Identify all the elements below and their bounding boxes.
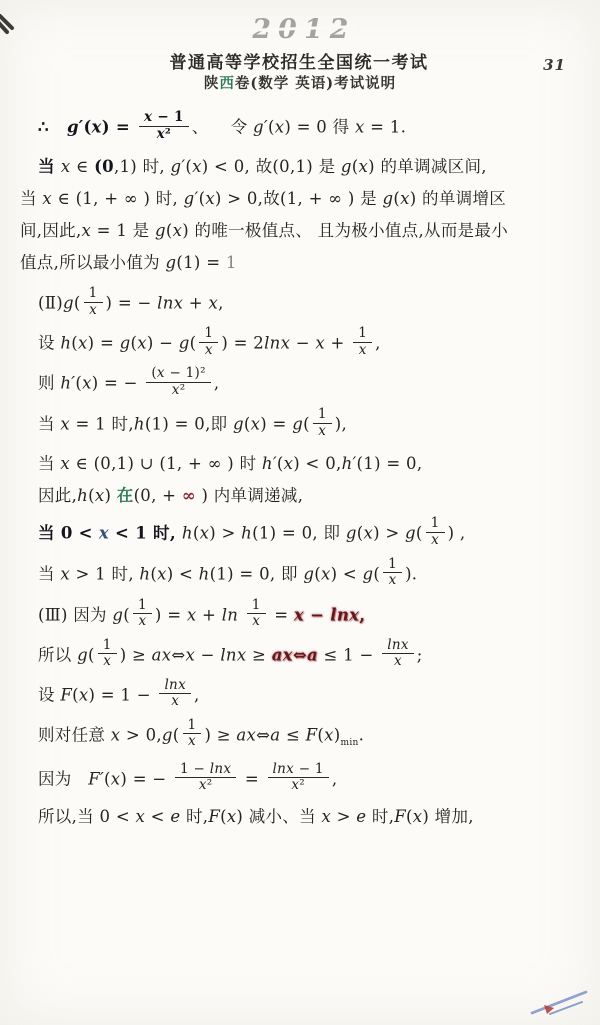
math-line: 因为 F′(x) = − 1 − lnxx² = lnx − 1x², [20,764,586,796]
math-line: 间,因此,x = 1 是 g(x) 的唯一极值点、 且为极小值点,从而是最小 [20,218,586,244]
text-run: 陕 [204,75,220,92]
text-run: 所以,当 0 < x < e 时,F(x) 减小、当 x > e 时,F(x) … [38,807,474,826]
text-run: 所以 g( [38,645,95,664]
text-run: , [194,685,200,704]
text-run: (0, + [134,486,182,505]
math-line: 则对任意 x > 0,g(1x) ≥ ax⇔a ≤ F(x)min. [20,720,586,756]
text-run: 在 [117,486,134,505]
text-run: 1 [226,253,237,272]
math-line: (Ⅱ)g(1x) = − lnx + x, [20,288,586,320]
solution-content: ∴ g′(x) = x − 1x²、 令 g′(x) = 0 得 x = 1.当… [20,103,586,830]
text-run: 卷(数学 英语)考试说明 [235,75,396,92]
text-run: 当 x > 1 时, h(x) < h(1) = 0, 即 g(x) < g( [38,564,380,583]
text-run: 值点,所以最小值为 g(1) = [20,253,226,272]
fraction: 1x [383,557,402,589]
text-run: x ∈ [61,157,94,176]
text-run: ) , [448,524,466,543]
text-run: ,1) 时, g′(x) < 0, 故(0,1) 是 g(x) 的单调减区间, [114,157,487,176]
text-run: h(x) > h(1) = 0, 即 g(x) > g( [182,524,423,543]
fraction: lnxx [382,638,414,670]
math-line: 值点,所以最小值为 g(1) = 1 [20,250,586,276]
text-run: ) = x + ln [155,605,244,624]
year-stamp: 2012 [249,14,358,45]
page-number: 31 [543,56,566,74]
text-run: ax⇔a [272,645,318,664]
math-line: (Ⅲ) 因为 g(1x) = x + ln 1x = x − lnx, [20,600,586,632]
scanned-document-page: 2012 普通高等学校招生全国统一考试 陕西卷(数学 英语)考试说明 31 ∴ … [0,0,600,1025]
text-run: ; [417,645,423,664]
text-run: 当 x = 1 时,h(1) = 0,即 g(x) = g( [38,415,310,434]
fraction: 1x [133,598,152,630]
ink-smudge-icon [0,6,24,40]
fraction: 1x [353,326,372,358]
text-run: 当 x ∈ (1, + ∞ ) 时, g′(x) > 0,故(1, + ∞ ) … [20,189,506,208]
fraction: lnxx [159,678,191,710]
text-run: . [359,725,365,744]
text-run: (Ⅲ) 因为 g( [38,605,130,624]
text-run: 当 x ∈ (0,1) ∪ (1, + ∞ ) 时 h′(x) < 0,h′(1… [38,454,422,473]
text-run: = [269,605,294,624]
text-run: 因为 F′(x) = − [38,769,172,788]
math-line: 设 h(x) = g(x) − g(1x) = 2lnx − x + 1x, [20,328,586,360]
text-run: x − lnx, [294,605,365,624]
text-run: ) = − lnx + x, [106,294,224,313]
text-run: , [375,334,381,353]
fraction: 1x [98,638,117,670]
text-run: 则 h′(x) = − [38,374,143,393]
fraction: 1x [199,326,218,358]
math-line: 所以,当 0 < x < e 时,F(x) 减小、当 x > e 时,F(x) … [20,804,586,830]
text-run: 西 [219,75,235,92]
fraction: 1x [426,516,445,548]
math-line: 当 x ∈ (0,1) 时, g′(x) < 0, 故(0,1) 是 g(x) … [20,154,586,180]
text-run: ), [335,415,347,434]
text-run: (Ⅱ)g( [38,294,81,313]
math-line: 因此,h(x) 在(0, + ∞ ) 内单调递减, [20,483,586,509]
pen-check-icon [524,985,594,1019]
fraction: (x − 1)²x² [146,366,211,398]
text-run: = [239,769,264,788]
fraction: 1x [313,407,332,439]
text-run: 间,因此,x = 1 是 g(x) 的唯一极值点、 且为极小值点,从而是最小 [20,221,508,240]
math-line: ∴ g′(x) = x − 1x²、 令 g′(x) = 0 得 x = 1. [20,112,586,144]
fraction: 1x [183,718,202,750]
text-run: 当 0 < [38,524,99,543]
math-line: 当 x ∈ (0,1) ∪ (1, + ∞ ) 时 h′(x) < 0,h′(1… [20,451,586,477]
fraction: 1 − lnxx² [175,762,236,794]
math-line: 当 0 < x < 1 时, h(x) > h(1) = 0, 即 g(x) >… [20,518,586,550]
text-run: ∴ [38,118,67,137]
math-line: 当 x > 1 时, h(x) < h(1) = 0, 即 g(x) < g(1… [20,559,586,591]
text-run: x [99,524,109,543]
text-run: ≤ 1 − [318,645,379,664]
fraction: 1x [247,598,266,630]
text-run: 设 h(x) = g(x) − g( [38,334,196,353]
exam-title: 普通高等学校招生全国统一考试 [0,48,599,73]
math-line: 当 x = 1 时,h(1) = 0,即 g(x) = g(1x), [20,409,586,441]
text-run: ) 内单调递减, [196,486,303,505]
text-run: 、 令 g′(x) = 0 得 x = 1. [192,118,406,137]
subscript: min [341,738,359,748]
fraction: lnx − 1x² [268,762,329,794]
exam-subtitle: 陕西卷(数学 英语)考试说明 [0,72,600,93]
text-run: < 1 时, [109,524,182,543]
math-line: 当 x ∈ (1, + ∞ ) 时, g′(x) > 0,故(1, + ∞ ) … [20,186,586,212]
text-run: 设 F(x) = 1 − [38,685,156,704]
text-run: 因此,h(x) [38,486,117,505]
text-run: ∞ [182,486,196,505]
text-run: , [214,374,220,393]
text-run: g′(x) = [67,118,136,137]
text-run: (0 [94,157,114,176]
text-run: 当 [38,157,61,176]
fraction: 1x [84,286,103,318]
math-line: 所以 g(1x) ≥ ax⇔x − lnx ≥ ax⇔a ≤ 1 − lnxx; [20,640,586,672]
text-run: , [332,769,338,788]
text-run: ) ≥ ax⇔a ≤ F(x) [204,725,340,744]
fraction: x − 1x² [139,110,189,142]
text-run: ) = 2lnx − x + [221,334,350,353]
text-run: ). [405,564,417,583]
text-run: 则对任意 x > 0,g( [38,725,180,744]
text-run: ) ≥ ax⇔x − lnx ≥ [120,645,272,664]
math-line: 则 h′(x) = − (x − 1)²x², [20,368,586,400]
math-line: 设 F(x) = 1 − lnxx, [20,680,586,712]
